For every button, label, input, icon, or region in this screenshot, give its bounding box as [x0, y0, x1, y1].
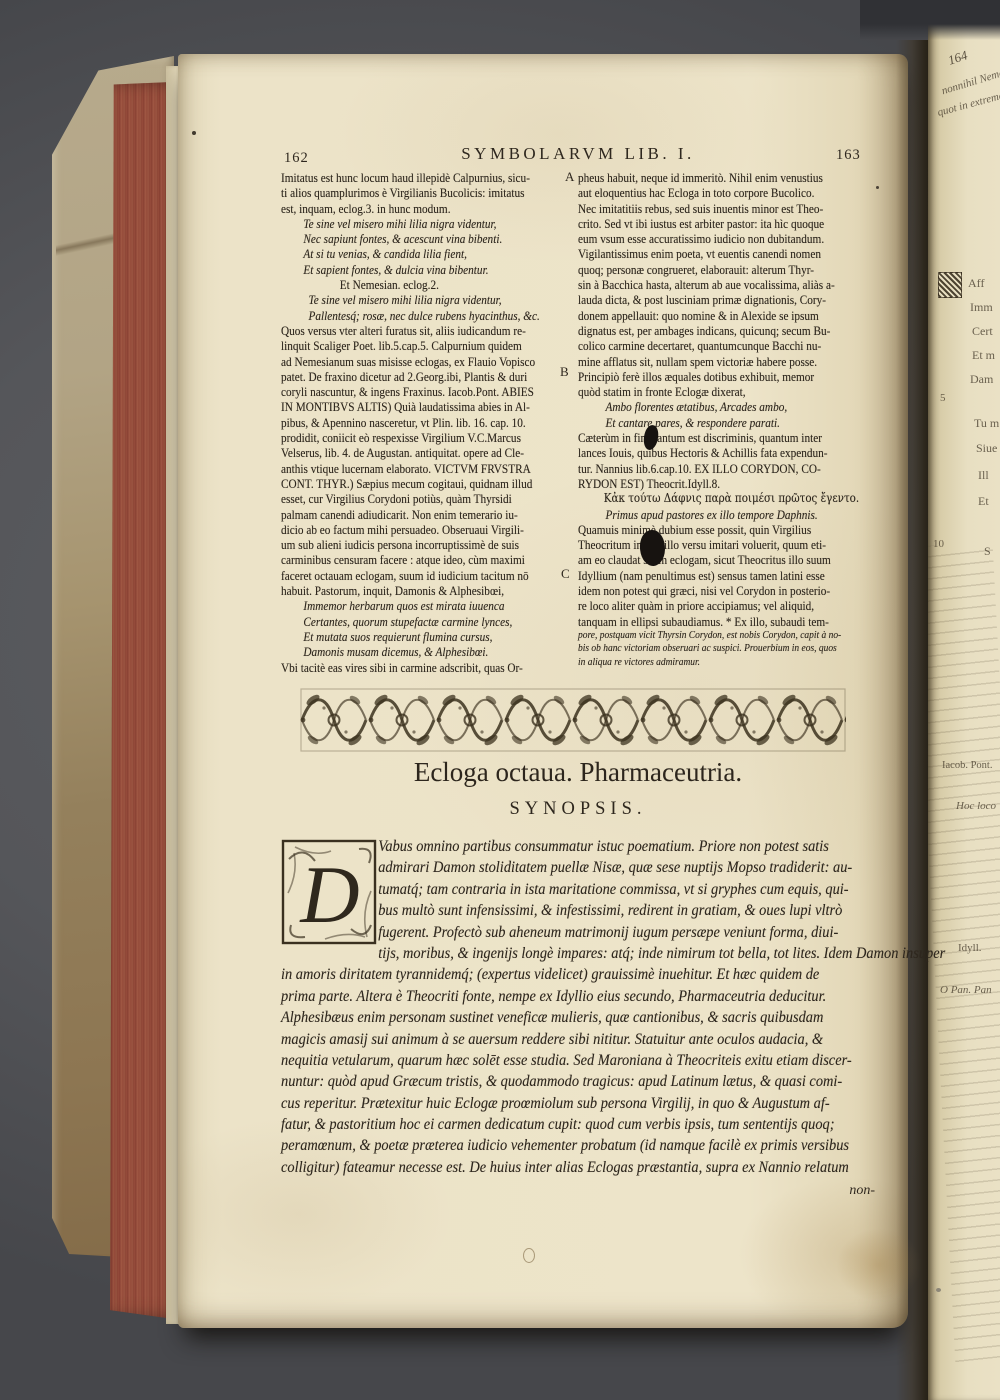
text-line: sin à Bacchica hasta, alterum ab aue voc…: [578, 277, 836, 292]
synopsis-line: Alphesibæus enim personam sustinet venef…: [281, 1007, 817, 1028]
text-line: idem non potest qui græci, nisi vel Cory…: [578, 583, 836, 598]
text-line: ad Nemesianum suas misisse eclogas, ex F…: [281, 354, 532, 369]
synopsis-line: admirari Damon stoliditatem puellæ Nisæ,…: [281, 857, 817, 878]
catchword: non-: [281, 1183, 875, 1199]
text-line: Theocritum in hoc illo versu imitari vol…: [578, 537, 836, 552]
folio-number-right: 163: [836, 147, 861, 164]
text-line: am eo claudat suam eclogam, sicut Theocr…: [578, 552, 836, 567]
text-line: IN MONTIBVS ALTIS) Quià laudatissima abi…: [281, 399, 532, 414]
ecloga-title: Ecloga octaua. Pharmaceutria.: [281, 757, 875, 788]
text-line: faceret octauam eclogam, suum id iudiciu…: [281, 568, 532, 583]
synopsis-line: nequitia vetularum, quarum hæc solēt ess…: [281, 1050, 817, 1071]
synopsis-line: fugerent. Profectò sub aheneum matrimoni…: [281, 922, 817, 943]
text-line: Et mutata suos requierunt flumina cursus…: [281, 629, 532, 644]
text-line: palmam canendi adiudicarit. Non enim tem…: [281, 507, 532, 522]
text-line: esset, cur Virgilius Corydoni potiùs, qu…: [281, 491, 532, 506]
text-line: donem appellauit: quo nomine & in Alexid…: [578, 308, 836, 323]
text-line: eum vsum esse accuratissimo iudicio non …: [578, 231, 836, 246]
synopsis-line: nuntur: quòd apud Græcum tristis, & quod…: [281, 1071, 817, 1092]
text-line: quoq; personæ congrueret, elaborauit: al…: [578, 262, 836, 277]
synopsis-line: Vabus omnino partibus consummatur istuc …: [281, 836, 817, 857]
synopsis-line: tijs, moribus, & ingenijs longè impares:…: [281, 943, 817, 964]
photographed-book-scene: 164 5 10 nonnihil Nemesianusquot in extr…: [0, 0, 1000, 1400]
text-line: lances Iouis, quibus Hectoris & Achillis…: [578, 445, 836, 460]
text-line: Et Nemesian. eclog.2.: [281, 277, 532, 292]
text-line: Cæterùm in fine tantum est discriminis, …: [578, 430, 836, 445]
synopsis-line: colligitur) fateamur necesse est. De hui…: [281, 1157, 817, 1178]
text-line: Quos versus vter alteri furatus sit, ali…: [281, 323, 532, 338]
text-line: pore, postquam vicit Thyrsin Corydon, es…: [578, 629, 836, 642]
ink-speck: [876, 186, 879, 189]
text-line: Immemor herbarum quos est mirata iuuenca: [281, 598, 532, 613]
text-line: patet. De fraxino dicetur ad 2.Georg.ibi…: [281, 369, 532, 384]
text-column-right: pheus habuit, neque id immeritò. Nihil e…: [578, 170, 878, 669]
text-line: Damonis musam dicemus, & Alphesibœi.: [281, 644, 532, 659]
text-line: colico carmine decertaret, quantumcunque…: [578, 338, 836, 353]
synopsis-line: in amoris diritatem tyrannidemq́; (exper…: [281, 964, 817, 985]
text-line: lauda dicta, & post lusciniam primæ dign…: [578, 292, 836, 307]
text-line: habuit. Pastorum, inquit, Damonis & Alph…: [281, 583, 532, 598]
text-column-left: Imitatus est hunc locum haud illepidè Ca…: [281, 170, 573, 675]
text-line: in aliqua re victores admiramur.: [578, 656, 836, 669]
text-line: Et cantare pares, & respondere parati.: [578, 415, 836, 430]
paper-stain: [836, 1228, 922, 1302]
synopsis-line: tumatq́; tam contraria in ista maritatio…: [281, 879, 817, 900]
text-line: ti alios quamplurimos è Virgilianis Buco…: [281, 185, 532, 200]
text-line: pibus, & Apennino nasceretur, vt Plin. l…: [281, 415, 532, 430]
text-line: Te sine vel misero mihi lilia nigra vide…: [281, 216, 532, 231]
text-line: dicio ab eo factum mihi persuadeo. Obser…: [281, 522, 532, 537]
ring-stain: [523, 1248, 535, 1263]
text-line: carminibus censuram facere : atque ideo,…: [281, 552, 532, 567]
text-line: Ambo florentes ætatibus, Arcades ambo,: [578, 399, 836, 414]
ink-speck: [192, 131, 196, 135]
text-line: Primus apud pastores ex illo tempore Dap…: [578, 507, 836, 522]
text-line: Κἀκ τούτω Δάφνις παρὰ ποιμέσι πρῶτος ἔγε…: [578, 491, 836, 506]
synopsis-paragraph: D Vabus omnino partibus consummatur istu…: [281, 836, 877, 1178]
text-line: mine afflatus sit, nullam spem victoriæ …: [578, 354, 836, 369]
text-line: pheus habuit, neque id immeritò. Nihil e…: [578, 170, 836, 185]
running-title: SYMBOLARVM LIB. I.: [281, 144, 875, 164]
synopsis-line: magicis amasij sui animum à se auersum r…: [281, 1029, 817, 1050]
margin-letter-a: A: [565, 169, 574, 185]
text-line: Principiò ferè illos æquales dotibus exh…: [578, 369, 836, 384]
text-line: crito. Sed vt ibi iustus est arbiter pas…: [578, 216, 836, 231]
text-line: Te sine vel misero mihi lilia nigra vide…: [281, 292, 532, 307]
text-line: Imitatus est hunc locum haud illepidè Ca…: [281, 170, 532, 185]
text-line: prodidit, coniicit eò respexisse Virgili…: [281, 430, 532, 445]
text-line: At si tu venias, & candida lilia fient,: [281, 246, 532, 261]
margin-letter-b: B: [560, 364, 569, 380]
text-line: Certantes, quorum stupefactæ carmine lyn…: [281, 614, 532, 629]
text-line: Et sapient fontes, & dulcia vina bibentu…: [281, 262, 532, 277]
text-line: um sub alieni iudicis persona incorrupti…: [281, 537, 532, 552]
text-line: est, inquam, eclog.3. in hunc modum.: [281, 201, 532, 216]
text-line: linquit Scaliger Poet. lib.5.cap.5. Calp…: [281, 338, 532, 353]
text-line: Pallentesq́; rosæ, nec dulce rubens hyac…: [281, 308, 532, 323]
text-line: Velserus, lib. 4. de Augustan. antiquita…: [281, 445, 532, 460]
text-line: tur. Nannius lib.6.cap.10. EX ILLO CORYD…: [578, 461, 836, 476]
text-line: tanquam in ellipsi subaudiamus. * Ex ill…: [578, 614, 836, 629]
text-line: anthis vtique lucernam elaborato. VICTVM…: [281, 461, 532, 476]
text-line: Vbi tacitè eas vires sibi in carmine ads…: [281, 660, 532, 675]
synopsis-line: bus multò sunt infensissimi, & infestiss…: [281, 900, 817, 921]
text-line: RYDON EST) Theocrit.Idyll.8.: [578, 476, 836, 491]
text-line: Nec sapiunt fontes, & acescunt vina bibe…: [281, 231, 532, 246]
text-line: Quamuis minimè dubium esse possit, quin …: [578, 522, 836, 537]
dust-speck: [936, 1288, 941, 1292]
synopsis-line: peramœnum, & poetæ præterea iudicio vehe…: [281, 1135, 817, 1156]
text-line: aut eloquentius hac Ecloga in toto corpo…: [578, 185, 836, 200]
synopsis-line: cus reperitur. Prætexitur huic Eclogæ pr…: [281, 1093, 817, 1114]
text-line: CONT. THYR.) Sæpius mecum cogitaui, quid…: [281, 476, 532, 491]
printed-text-layer: 162 SYMBOLARVM LIB. I. 163 Imitatus est …: [0, 0, 1000, 1400]
synopsis-lines: Vabus omnino partibus consummatur istuc …: [281, 836, 877, 1178]
text-line: quòd statim in fronte Eclogæ dixerat,: [578, 384, 836, 399]
synopsis-line: prima parte. Altera è Theocriti fonte, n…: [281, 986, 817, 1007]
text-line: Vigilantissimus enim poeta, vt euentis c…: [578, 246, 836, 261]
text-line: Nec imitatitiis rebus, sed suis inuentis…: [578, 201, 836, 216]
synopsis-heading: SYNOPSIS.: [281, 799, 875, 820]
text-line: re loco aliter quàm in priore accipiamus…: [578, 598, 836, 613]
text-line: Idyllium (nam penultimus est) sensus tam…: [578, 568, 836, 583]
woodcut-ornament-band: [300, 688, 846, 752]
margin-letter-c: C: [561, 566, 570, 582]
text-line: dignatus est, per ambages indicans, quic…: [578, 323, 836, 338]
synopsis-line: fatur, & pastoritium hoc ei carmen dedic…: [281, 1114, 817, 1135]
text-line: coryli nascuntur, & ingens Fraxinus. Iac…: [281, 384, 532, 399]
text-line: bis ob hanc victoriam obseruari ac suspi…: [578, 642, 836, 655]
